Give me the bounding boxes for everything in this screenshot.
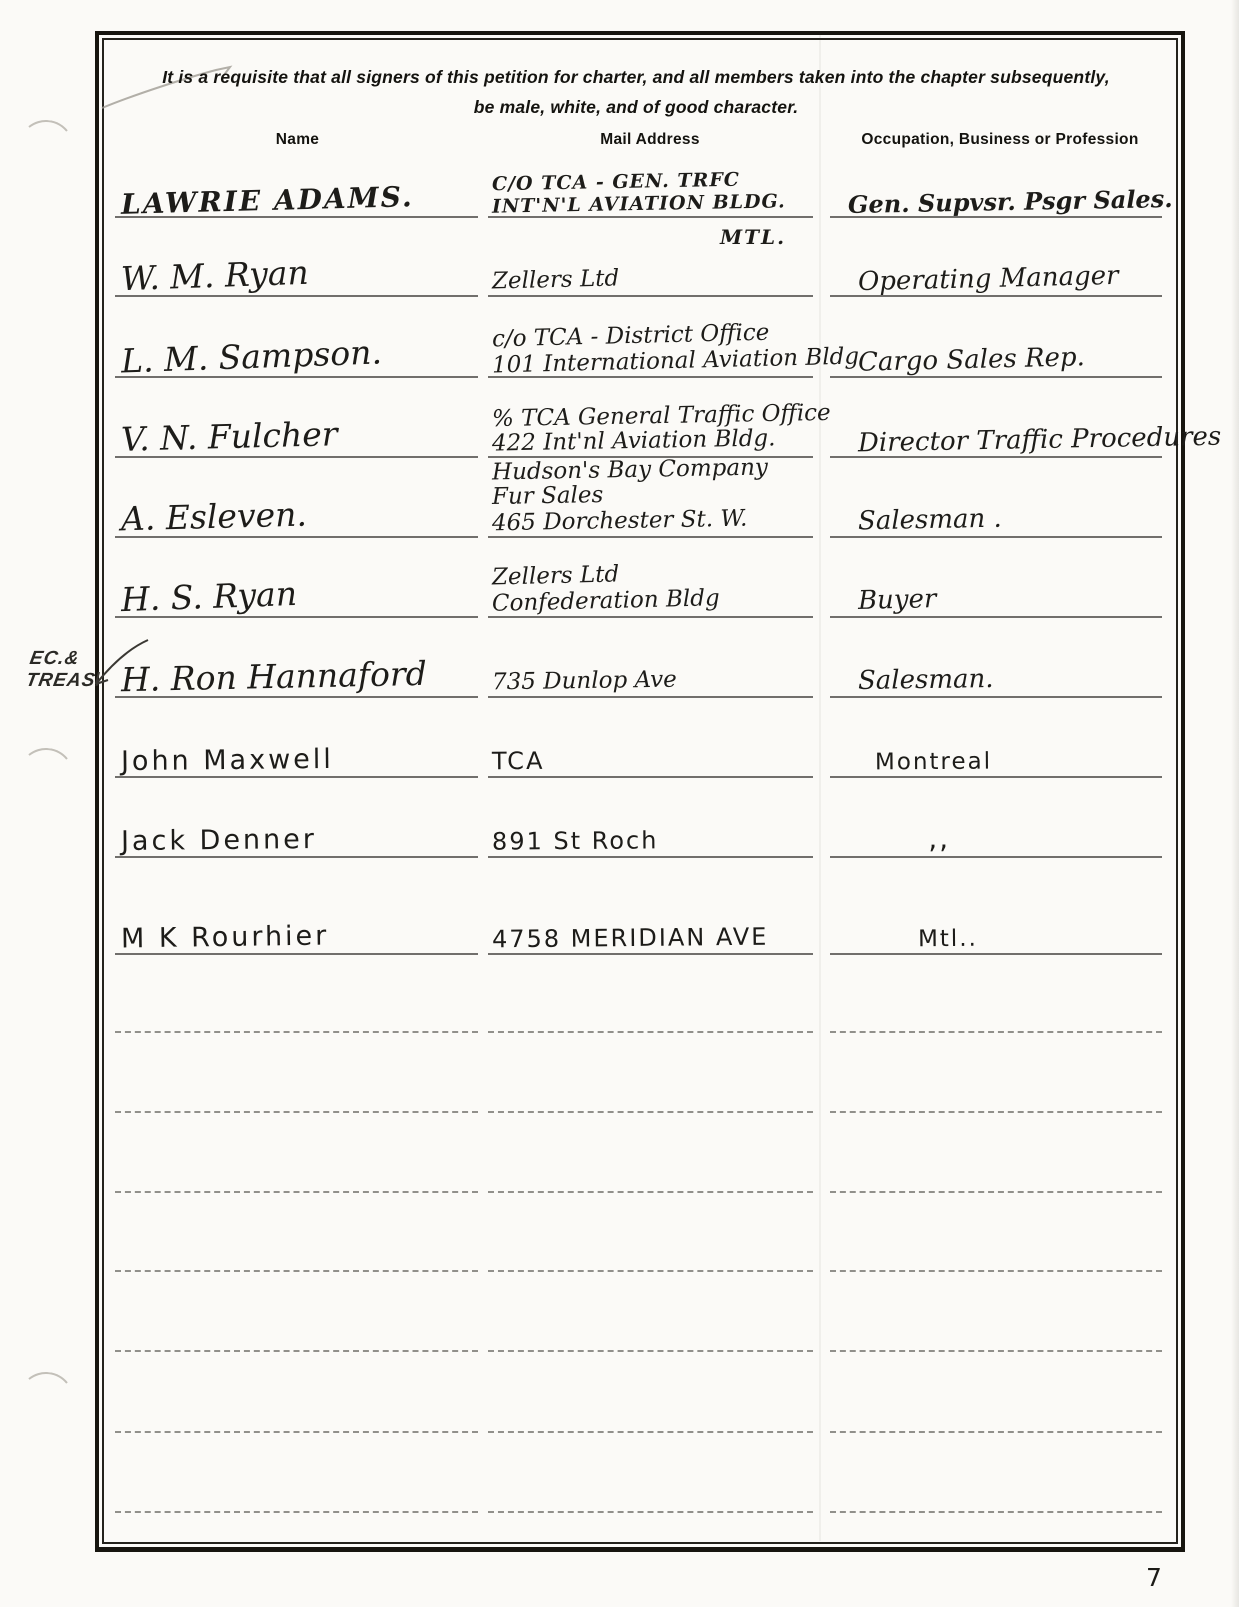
name-cell: A. Esleven. [115,450,478,538]
occupation-cell: Mtl.. [830,867,1162,955]
address-cell [488,945,813,1033]
signature-row: M K Rourhier4758 MERIDIAN AVEMtl.. [95,867,1181,955]
empty-signature-row [95,1345,1181,1433]
occupation-cell: Gen. Supvsr. Psgr Sales. [830,130,1162,218]
name-cell [115,1105,478,1193]
signature-row: H. S. RyanZellers LtdConfederation BldgB… [95,530,1181,618]
address-cell: Zellers Ltd [488,209,813,297]
page-number: 7 [1146,1563,1162,1592]
hole-punch-mark [15,745,77,807]
empty-signature-row [95,1425,1181,1513]
signature-row: W. M. RyanZellers LtdOperating Manager [95,209,1181,297]
address-cell: % TCA General Traffic Office422 Int'nl A… [488,370,813,458]
address-cell [488,1025,813,1113]
name-cell: W. M. Ryan [115,209,478,297]
occupation-text: ‚‚ [928,824,950,855]
signature-row: L. M. Sampson.c/o TCA - District Office1… [95,290,1181,378]
occupation-cell: Montreal [830,690,1162,778]
occupation-cell [830,945,1162,1033]
address-cell: C/O TCA - GEN. TRFCINT'N'L AVIATION BLDG… [488,130,813,218]
empty-signature-row [95,945,1181,1033]
scan-edge-shading [1231,0,1239,1607]
address-line: Fur Sales [492,482,604,510]
name-cell: Jack Denner [115,770,478,858]
empty-signature-row [95,1264,1181,1352]
occupation-cell: Cargo Sales Rep. [830,290,1162,378]
address-cell [488,1105,813,1193]
empty-signature-row [95,1184,1181,1272]
occupation-cell [830,1184,1162,1272]
address-cell: Zellers LtdConfederation Bldg [488,530,813,618]
address-cell: c/o TCA - District Office101 Internation… [488,290,813,378]
signature-row: V. N. Fulcher% TCA General Traffic Offic… [95,370,1181,458]
name-cell [115,1345,478,1433]
occupation-cell: ‚‚ [830,770,1162,858]
signature-row: H. Ron Hannaford735 Dunlop AveSalesman. [95,610,1181,698]
address-cell: 735 Dunlop Ave [488,610,813,698]
requisite-notice: It is a requisite that all signers of th… [95,62,1177,122]
name-cell [115,1264,478,1352]
margin-note-arrow [84,634,156,698]
name-cell [115,1425,478,1513]
name-cell [115,1025,478,1113]
address-cell [488,1264,813,1352]
signature-row: A. Esleven.Hudson's Bay CompanyFur Sales… [95,450,1181,538]
requisite-notice-line1: It is a requisite that all signers of th… [95,62,1177,92]
occupation-cell [830,1425,1162,1513]
occupation-cell: Salesman. [830,610,1162,698]
address-cell: 891 St Roch [488,770,813,858]
address-cell [488,1425,813,1513]
address-line: 891 St Roch [492,828,659,856]
name-cell: L. M. Sampson. [115,290,478,378]
name-cell: M K Rourhier [115,867,478,955]
name-cell: John Maxwell [115,690,478,778]
name-cell [115,1184,478,1272]
name-cell [115,945,478,1033]
signature-row: Jack Denner891 St Roch‚‚ [95,770,1181,858]
address-cell [488,1184,813,1272]
signature-name: Jack Denner [121,826,317,856]
name-cell: H. Ron Hannaford [115,610,478,698]
name-cell: LAWRIE ADAMS. [115,130,478,218]
name-cell: V. N. Fulcher [115,370,478,458]
address-line: Zellers Ltd [492,562,620,591]
scanned-petition-page: { "colors":{"paper":"#fbfaf7","ink":"#1d… [0,0,1239,1607]
empty-signature-row [95,1025,1181,1113]
occupation-cell [830,1264,1162,1352]
signature-row: LAWRIE ADAMS.C/O TCA - GEN. TRFCINT'N'L … [95,130,1181,218]
occupation-cell [830,1345,1162,1433]
hole-punch-mark [15,1369,77,1431]
name-cell: H. S. Ryan [115,530,478,618]
empty-signature-row [95,1105,1181,1193]
occupation-cell: Operating Manager [830,209,1162,297]
occupation-cell: Director Traffic Procedures [830,370,1162,458]
occupation-cell [830,1105,1162,1193]
requisite-notice-line2: be male, white, and of good character. [95,92,1177,122]
address-line: Hudson's Bay Company [492,455,768,486]
address-cell [488,1345,813,1433]
address-cell: 4758 MERIDIAN AVE [488,867,813,955]
address-cell: TCA [488,690,813,778]
address-cell: Hudson's Bay CompanyFur Sales465 Dorches… [488,450,813,538]
occupation-cell: Buyer [830,530,1162,618]
occupation-cell: Salesman . [830,450,1162,538]
hole-punch-mark [15,117,77,179]
occupation-cell [830,1025,1162,1113]
signature-row: John MaxwellTCAMontreal [95,690,1181,778]
